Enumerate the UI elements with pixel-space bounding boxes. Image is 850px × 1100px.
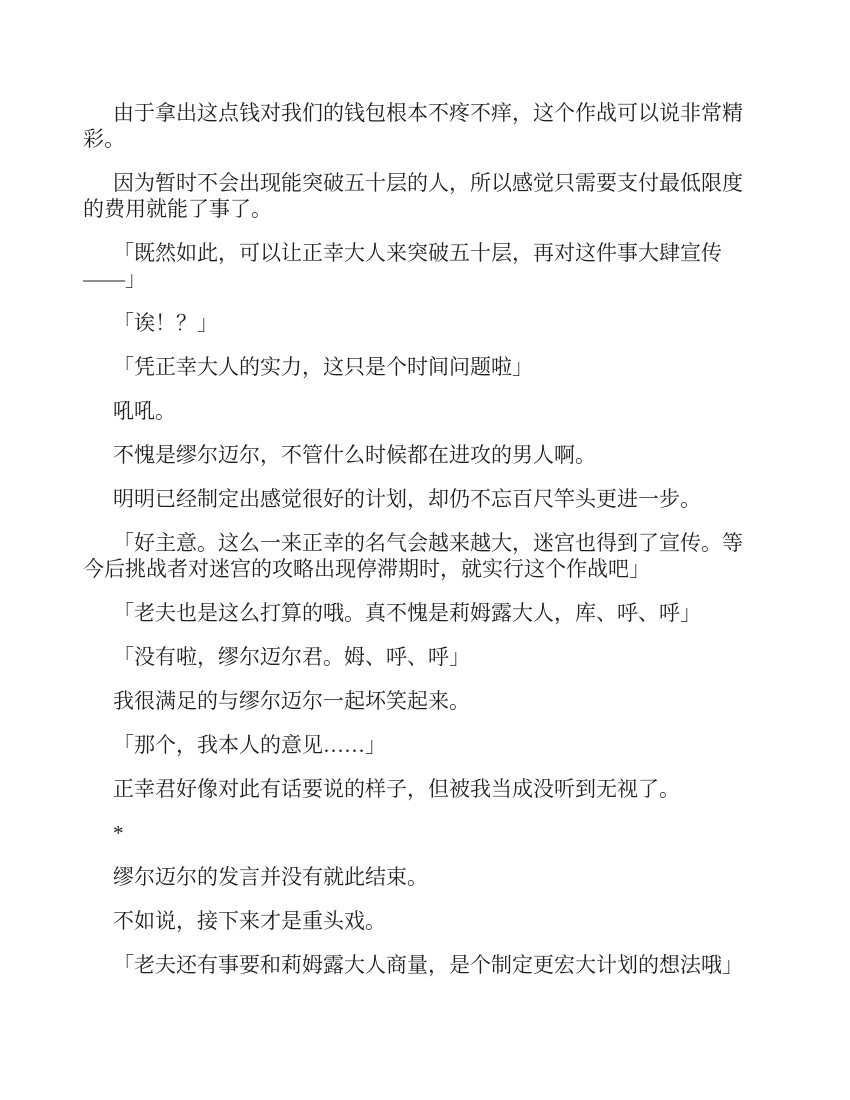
paragraph: 「老夫还有事要和莉姆露大人商量，是个制定更宏大计划的想法哦」 xyxy=(83,952,755,978)
novel-text-content: 由于拿出这点钱对我们的钱包根本不疼不痒，这个作战可以说非常精彩。因为暂时不会出现… xyxy=(83,100,755,978)
paragraph: 「凭正幸大人的实力，这只是个时间问题啦」 xyxy=(83,354,755,380)
paragraph: 「诶！？」 xyxy=(83,310,755,336)
paragraph: 「没有啦，缪尔迈尔君。姆、呼、呼」 xyxy=(83,644,755,670)
paragraph: 我很满足的与缪尔迈尔一起坏笑起来。 xyxy=(83,688,755,714)
document-page: 由于拿出这点钱对我们的钱包根本不疼不痒，这个作战可以说非常精彩。因为暂时不会出现… xyxy=(0,0,850,1100)
paragraph: 由于拿出这点钱对我们的钱包根本不疼不痒，这个作战可以说非常精彩。 xyxy=(83,100,755,152)
paragraph: 因为暂时不会出现能突破五十层的人，所以感觉只需要支付最低限度的费用就能了事了。 xyxy=(83,170,755,222)
section-separator: * xyxy=(83,820,755,846)
paragraph: 缪尔迈尔的发言并没有就此结束。 xyxy=(83,864,755,890)
paragraph: 「既然如此，可以让正幸大人来突破五十层，再对这件事大肆宣传——」 xyxy=(83,240,755,292)
paragraph: 不如说，接下来才是重头戏。 xyxy=(83,908,755,934)
paragraph: 明明已经制定出感觉很好的计划，却仍不忘百尺竿头更进一步。 xyxy=(83,486,755,512)
paragraph: 吼吼。 xyxy=(83,398,755,424)
paragraph: 不愧是缪尔迈尔，不管什么时候都在进攻的男人啊。 xyxy=(83,442,755,468)
paragraph: 「老夫也是这么打算的哦。真不愧是莉姆露大人，库、呼、呼」 xyxy=(83,600,755,626)
paragraph: 「那个，我本人的意见……」 xyxy=(83,732,755,758)
paragraph: 正幸君好像对此有话要说的样子，但被我当成没听到无视了。 xyxy=(83,776,755,802)
paragraph: 「好主意。这么一来正幸的名气会越来越大，迷宫也得到了宣传。等今后挑战者对迷宫的攻… xyxy=(83,530,755,582)
